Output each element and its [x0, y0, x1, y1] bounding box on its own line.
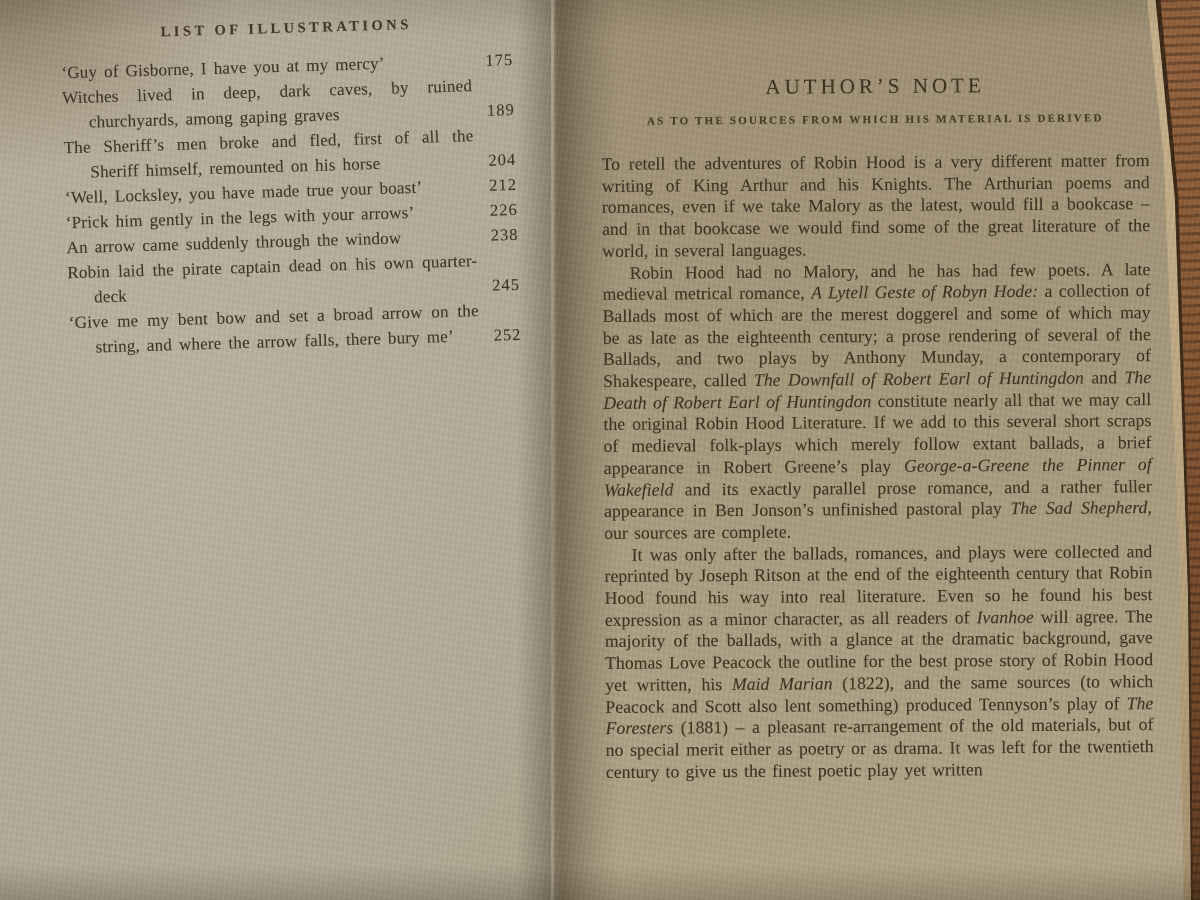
- gutter-crease-highlight: [551, 0, 554, 900]
- paragraph: It was only after the ballads, romances,…: [604, 541, 1154, 784]
- open-book-photo: LIST OF ILLUSTRATIONS ‘Guy of Gisborne, …: [0, 0, 1200, 900]
- page-number: 212: [475, 172, 518, 198]
- body-text: (1881) – a pleasant re-arrangement of th…: [606, 714, 1154, 781]
- page-number: 238: [476, 222, 519, 248]
- paragraph: To retell the adventures of Robin Hood i…: [602, 150, 1151, 262]
- note-body: To retell the adventures of Robin Hood i…: [602, 150, 1154, 783]
- page-number: 245: [478, 272, 521, 298]
- page-subtitle: AS TO THE SOURCES FROM WHICH HIS MATERIA…: [601, 112, 1149, 128]
- italic-title-text: A Lytell Geste of Robyn Hode:: [811, 281, 1038, 303]
- italic-title-text: The Downfall of Robert Earl of Huntingdo…: [754, 368, 1084, 390]
- page-number: 189: [472, 97, 515, 123]
- paragraph: Robin Hood had no Malory, and he has had…: [602, 259, 1152, 545]
- italic-title-text: The Sad Shepherd: [1010, 497, 1147, 518]
- italic-title-text: Ivanhoe: [976, 607, 1034, 627]
- illustration-list: ‘Guy of Gisborne, I have you at my mercy…: [61, 47, 522, 360]
- page-number: 175: [471, 47, 514, 73]
- page-number: 252: [479, 322, 522, 348]
- list-of-illustrations-page: LIST OF ILLUSTRATIONS ‘Guy of Gisborne, …: [60, 14, 522, 360]
- body-text: To retell the adventures of Robin Hood i…: [602, 150, 1151, 261]
- italic-title-text: Maid Marian: [732, 673, 833, 694]
- page-number: 226: [475, 197, 518, 223]
- body-text: and: [1084, 367, 1125, 387]
- page-title: AUTHOR’S NOTE: [601, 72, 1149, 101]
- authors-note-page: AUTHOR’S NOTE AS TO THE SOURCES FROM WHI…: [601, 72, 1154, 783]
- page-number: 204: [474, 147, 517, 173]
